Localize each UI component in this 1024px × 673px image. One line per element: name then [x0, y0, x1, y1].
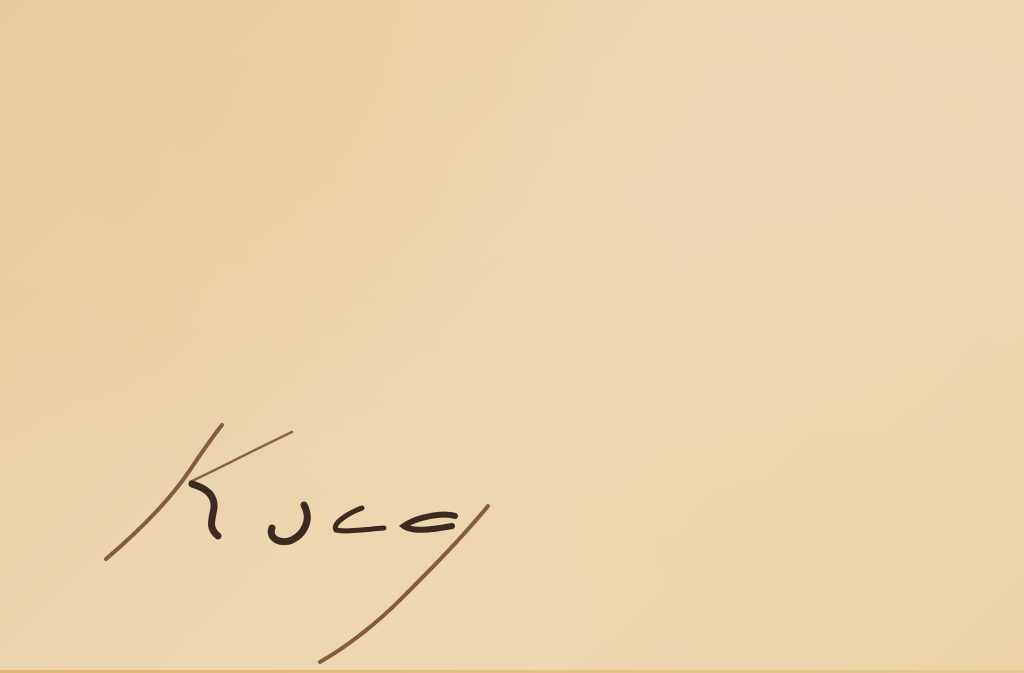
aged-paper: Koca [0, 0, 1024, 673]
handwritten-signature [0, 0, 1024, 673]
